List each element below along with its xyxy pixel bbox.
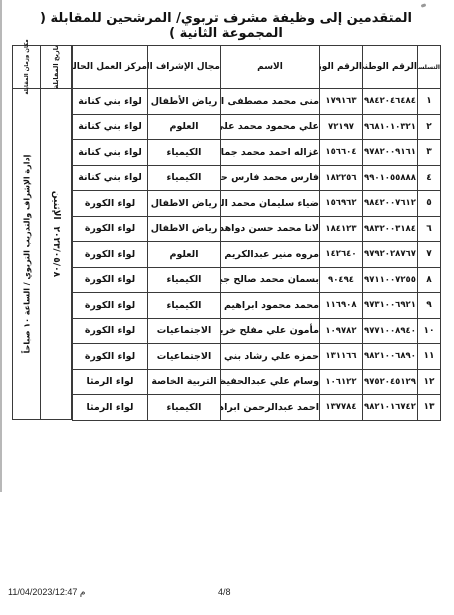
cell-name: حمزه علي رشاد بني عيسى [221,344,320,370]
page-number: 4/8 [218,587,231,597]
print-timestamp: 11/04/2023/12:47 م [8,587,85,598]
table-row: ٨ ٩٧١١٠٠٧٢٥٥ ٩٠٤٩٤ بسمان محمد صالح جباعت… [73,267,441,293]
table-row: ٣ ٩٧٨٢٠٠٩١٦١ ١٥٦٦٠٤ غزاله احمد محمد جمال… [73,140,441,166]
cell-ministry-id: ١٨٢٢٥٦ [320,165,363,191]
cell-ministry-id: ١٣٧٧٨٤ [320,395,363,421]
cell-name: مأمون علي مفلح خريسات [221,318,320,344]
cell-name: علي محمود محمد علي [221,114,320,140]
cell-ministry-id: ١٠٩٧٨٢ [320,318,363,344]
interview-day: الإثنين [51,191,61,220]
table-row: ٤ ٩٩٠١٠٥٥٨٨٨ ١٨٢٢٥٦ فارس محمد فارس حمدون… [73,165,441,191]
cell-serial: ١٣ [418,395,441,421]
scan-edge-artifact [0,0,2,492]
cell-name: مروه منير عبدالكريم بريك [221,242,320,268]
cell-supervision-field: الكيمياء [148,165,221,191]
table-row: ٢ ٩٦٨١٠١٠٣٢١ ٧٢١٩٧ علي محمود محمد علي ال… [73,114,441,140]
cell-work-center: لواء بني كنانة [73,165,148,191]
col-header-supervision-field: مجال الإشراف المطلوب [148,46,221,89]
cell-national-id: ٩٨٢١٠٠٦٨٩٠ [363,344,418,370]
cell-supervision-field: رياض الاطفال [148,191,221,217]
cell-national-id: ٩٧٧١٠٠٨٩٤٠ [363,318,418,344]
cell-serial: ٢ [418,114,441,140]
cell-supervision-field: الكيمياء [148,395,221,421]
cell-work-center: لواء الكورة [73,267,148,293]
cell-supervision-field: رياض الأطفال [148,89,221,115]
cell-serial: ٩ [418,293,441,319]
cell-supervision-field: رياض الاطفال [148,216,221,242]
cell-work-center: لواء الكورة [73,318,148,344]
cell-name: غزاله احمد محمد جمال [221,140,320,166]
cell-work-center: لواء بني كنانة [73,114,148,140]
col-header-national-id: الرقم الوطني [363,46,418,89]
cell-ministry-id: ١٨٤١٢٣ [320,216,363,242]
cell-national-id: ٩٧٥٢٠٤٥١٢٩ [363,369,418,395]
cell-name: لانا محمد حسن دواهده [221,216,320,242]
cell-work-center: لواء الكورة [73,216,148,242]
cell-ministry-id: ١٥٦٦٠٤ [320,140,363,166]
cell-serial: ٦ [418,216,441,242]
cell-work-center: لواء الرمثا [73,395,148,421]
cell-national-id: ٩٦٨١٠١٠٣٢١ [363,114,418,140]
cell-name: محمد محمود ابراهيم ربابعه [221,293,320,319]
cell-supervision-field: الاجتماعيات [148,344,221,370]
cell-name: وسام علي عبدالحفيظ العكور [221,369,320,395]
cell-ministry-id: ٩٠٤٩٤ [320,267,363,293]
cell-work-center: لواء الكورة [73,293,148,319]
scan-speck-artifact [421,3,427,8]
interview-date: ٢٠٢٣/٠٥/٠٨ [51,227,61,278]
cell-ministry-id: ١٥٦٩٦٢ [320,191,363,217]
cell-work-center: لواء الكورة [73,242,148,268]
col-header-name: الاسم [221,46,320,89]
cell-serial: ١ [418,89,441,115]
cell-national-id: ٩٧٣١٠٠٦٩٢١ [363,293,418,319]
cell-name: منى محمد مصطفى الهباجنه [221,89,320,115]
col-header-interview-place: مكان وزمان المقابلة [24,39,30,94]
candidates-table-wrap: التسلسل الرقم الوطني الرقم الوزاري الاسم… [12,45,441,420]
cell-supervision-field: الاجتماعيات [148,318,221,344]
cell-name: احمد عبدالرحمن ابراهيم الربيع [221,395,320,421]
cell-serial: ٣ [418,140,441,166]
interview-date-value: الإثنين ٢٠٢٣/٠٥/٠٨ [51,191,61,277]
cell-serial: ٤ [418,165,441,191]
cell-supervision-field: التربية الخاصة [148,369,221,395]
cell-serial: ١١ [418,344,441,370]
cell-supervision-field: الكيمياء [148,293,221,319]
cell-name: بسمان محمد صالح جباعته [221,267,320,293]
cell-ministry-id: ١١٦٩٠٨ [320,293,363,319]
cell-national-id: ٩٧٩٢٠٢٨٧٦٧ [363,242,418,268]
cell-serial: ١٢ [418,369,441,395]
cell-work-center: لواء بني كنانة [73,140,148,166]
cell-ministry-id: ١٣١١٦٦ [320,344,363,370]
table-row: ١٢ ٩٧٥٢٠٤٥١٢٩ ١٠٦١٢٢ وسام علي عبدالحفيظ … [73,369,441,395]
table-header-row: التسلسل الرقم الوطني الرقم الوزاري الاسم… [73,46,441,89]
cell-work-center: لواء الرمثا [73,369,148,395]
cell-name: ضياء سليمان محمد الغنام [221,191,320,217]
cell-ministry-id: ١٤٢٦٤٠ [320,242,363,268]
col-header-interview-date: تاريخ المقابلة [52,45,60,88]
page-title: المتقدمين إلى وظيفة مشرف تربوي/ المرشحين… [20,11,432,41]
candidates-table: التسلسل الرقم الوطني الرقم الوزاري الاسم… [72,45,441,421]
cell-national-id: ٩٨٢١٠١٦٧٤٢ [363,395,418,421]
cell-national-id: ٩٨٤٢٠٤٦٤٨٤ [363,89,418,115]
table-row: ١٠ ٩٧٧١٠٠٨٩٤٠ ١٠٩٧٨٢ مأمون علي مفلح خريس… [73,318,441,344]
cell-name: فارس محمد فارس حمدوني [221,165,320,191]
cell-ministry-id: ١٠٦١٢٢ [320,369,363,395]
interview-place-column: مكان وزمان المقابلة إدارة الإشراف والتدر… [12,45,41,420]
cell-serial: ١٠ [418,318,441,344]
cell-national-id: ٩٩٠١٠٥٥٨٨٨ [363,165,418,191]
col-header-serial: التسلسل [418,46,441,89]
cell-national-id: ٩٨٤٢٠٠٧٦١٢ [363,191,418,217]
cell-supervision-field: الكيمياء [148,267,221,293]
cell-supervision-field: الكيمياء [148,140,221,166]
cell-supervision-field: العلوم [148,242,221,268]
col-header-work-center: مركز العمل الحالي [73,46,148,89]
col-header-ministry-id: الرقم الوزاري [320,46,363,89]
cell-national-id: ٩٨٣٢٠٠٣١٨٤ [363,216,418,242]
cell-supervision-field: العلوم [148,114,221,140]
cell-work-center: لواء بني كنانة [73,89,148,115]
table-body: ١ ٩٨٤٢٠٤٦٤٨٤ ١٧٩١٦٣ منى محمد مصطفى الهبا… [73,89,441,421]
table-row: ١١ ٩٨٢١٠٠٦٨٩٠ ١٣١١٦٦ حمزه علي رشاد بني ع… [73,344,441,370]
cell-serial: ٨ [418,267,441,293]
cell-work-center: لواء الكورة [73,344,148,370]
table-row: ٥ ٩٨٤٢٠٠٧٦١٢ ١٥٦٩٦٢ ضياء سليمان محمد الغ… [73,191,441,217]
table-row: ٩ ٩٧٣١٠٠٦٩٢١ ١١٦٩٠٨ محمد محمود ابراهيم ر… [73,293,441,319]
table-row: ٧ ٩٧٩٢٠٢٨٧٦٧ ١٤٢٦٤٠ مروه منير عبدالكريم … [73,242,441,268]
table-row: ٦ ٩٨٣٢٠٠٣١٨٤ ١٨٤١٢٣ لانا محمد حسن دواهده… [73,216,441,242]
table-row: ١ ٩٨٤٢٠٤٦٤٨٤ ١٧٩١٦٣ منى محمد مصطفى الهبا… [73,89,441,115]
cell-serial: ٥ [418,191,441,217]
cell-national-id: ٩٧٨٢٠٠٩١٦١ [363,140,418,166]
cell-work-center: لواء الكورة [73,191,148,217]
cell-ministry-id: ٧٢١٩٧ [320,114,363,140]
table-row: ١٣ ٩٨٢١٠١٦٧٤٢ ١٣٧٧٨٤ احمد عبدالرحمن ابرا… [73,395,441,421]
cell-serial: ٧ [418,242,441,268]
cell-ministry-id: ١٧٩١٦٣ [320,89,363,115]
interview-place-value: إدارة الإشراف والتدريب التربوي / الساعة … [22,155,31,354]
cell-national-id: ٩٧١١٠٠٧٢٥٥ [363,267,418,293]
interview-date-column: تاريخ المقابلة الإثنين ٢٠٢٣/٠٥/٠٨ [40,45,72,420]
scanned-document-page: المتقدمين إلى وظيفة مشرف تربوي/ المرشحين… [0,0,454,615]
